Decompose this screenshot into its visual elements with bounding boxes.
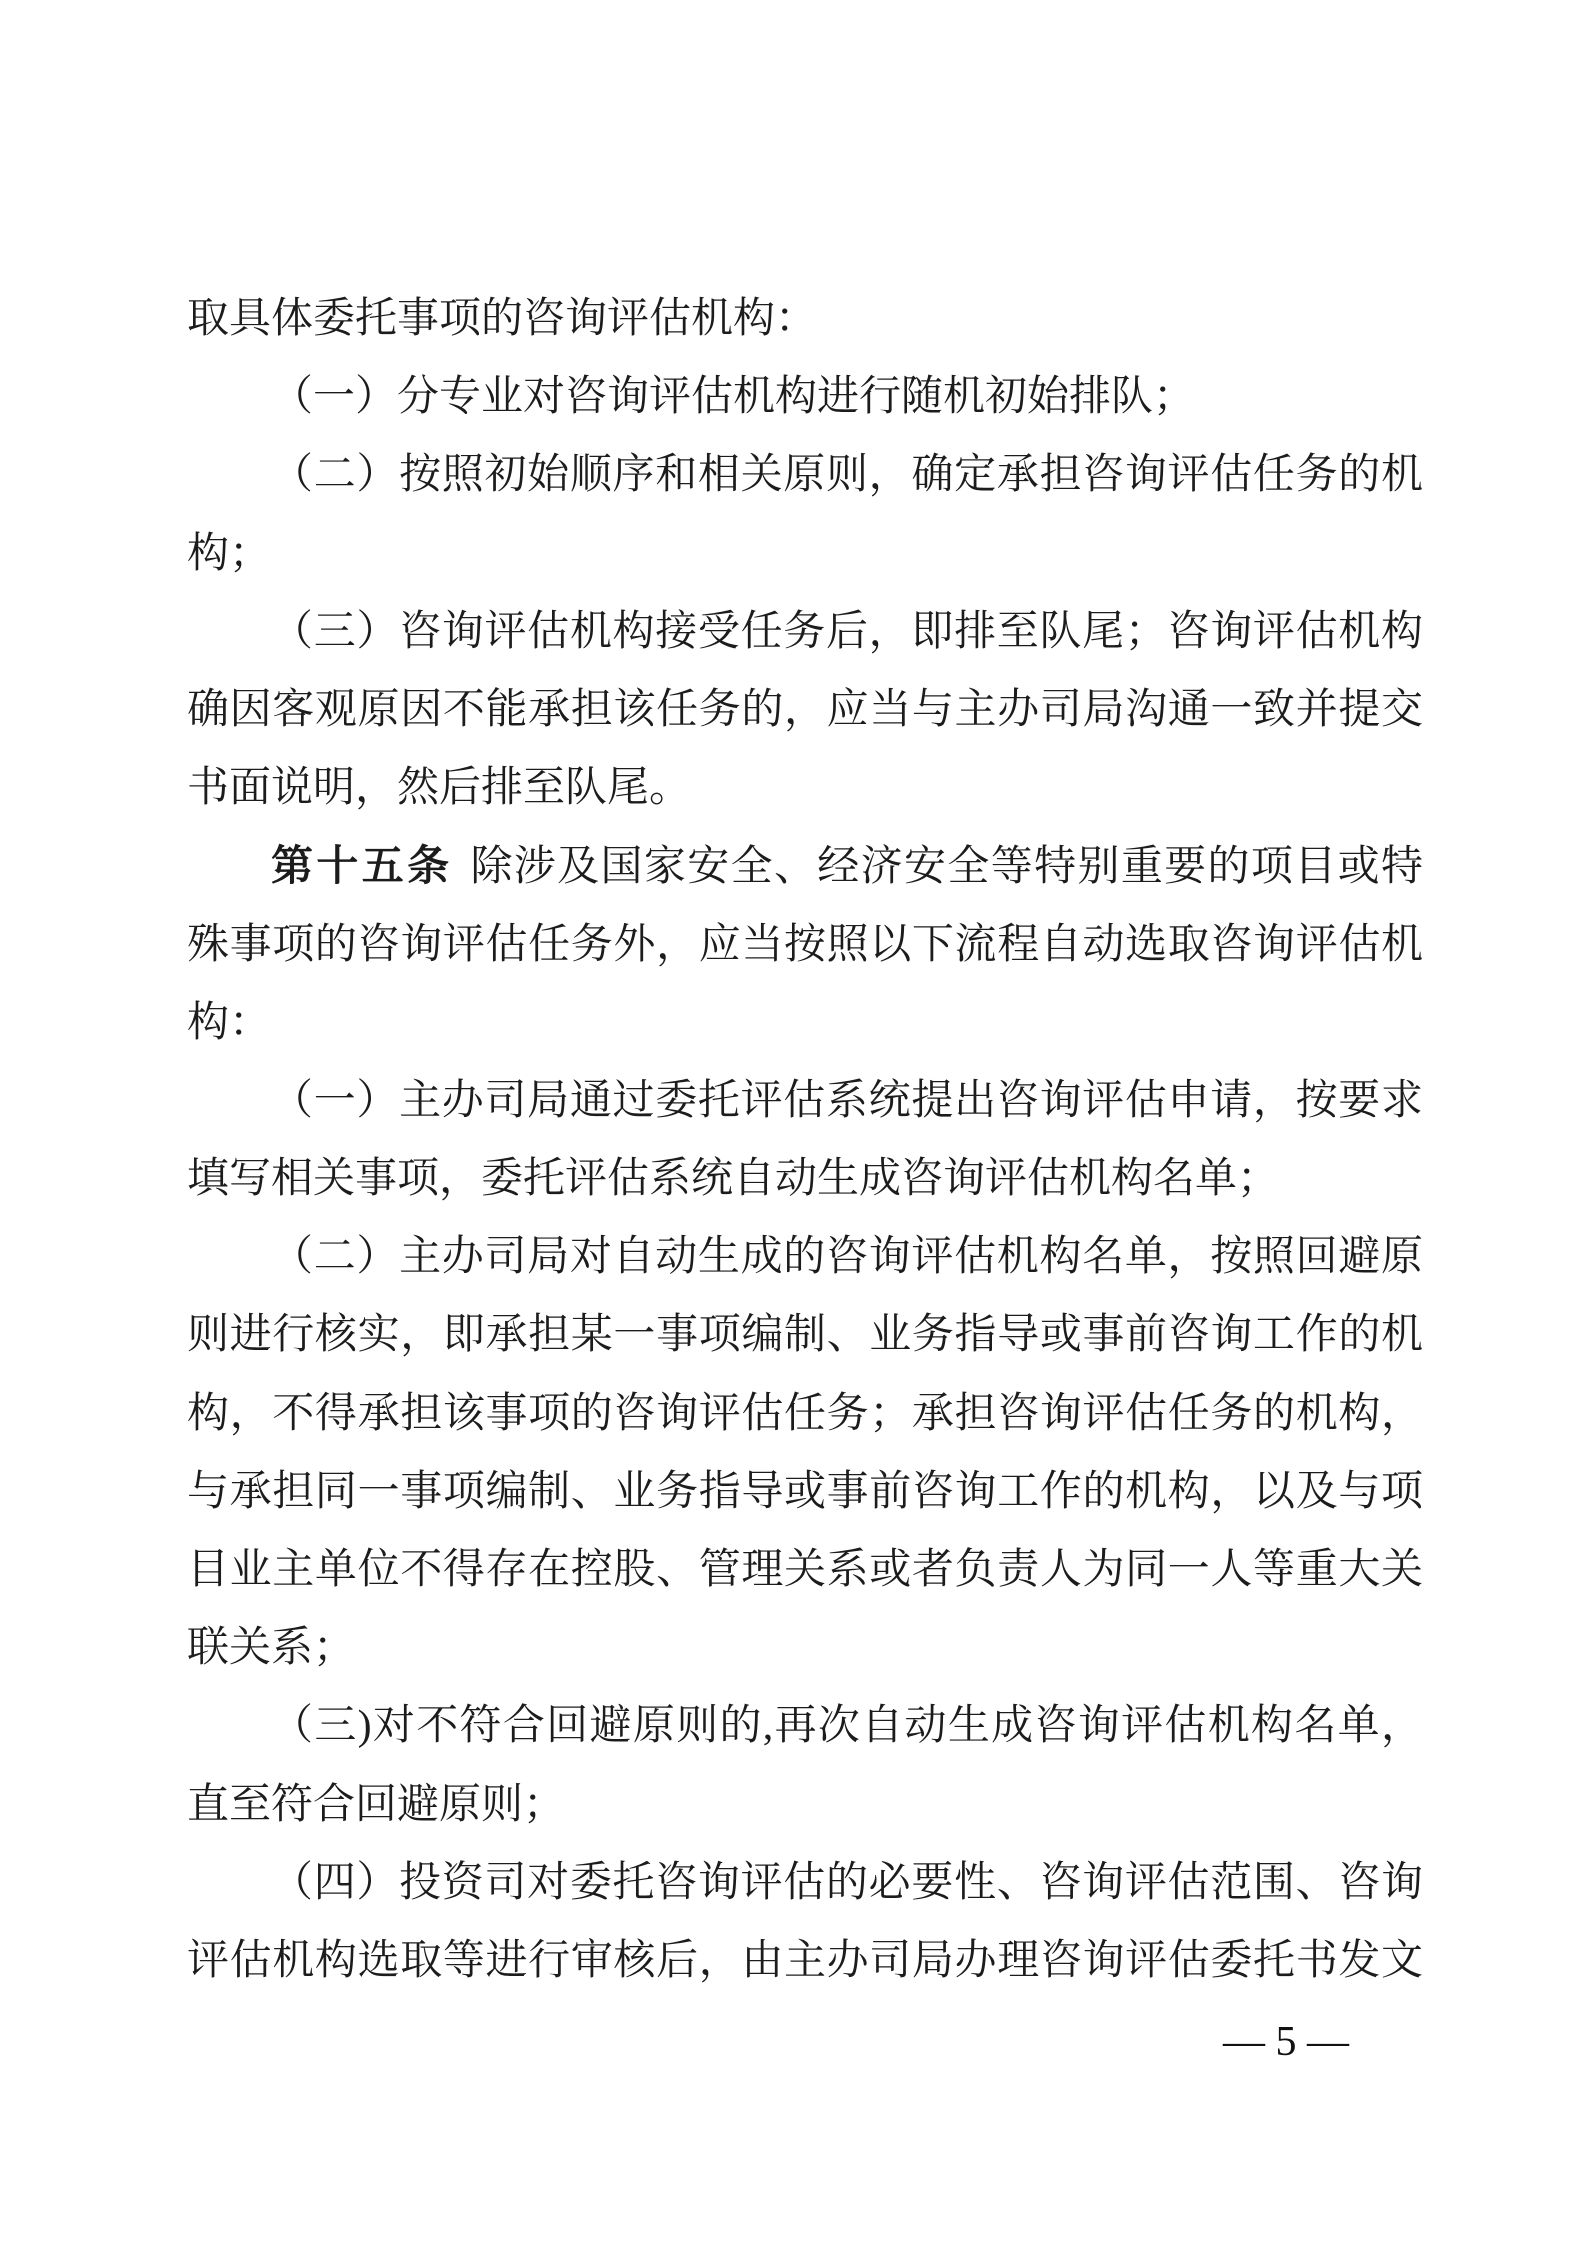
article-15-heading: 第十五条 [271,842,452,889]
text-line: 构，不得承担该事项的咨询评估任务；承担咨询评估任务的机构， [187,1375,1423,1453]
text-line: 构； [187,515,1423,593]
text-line: 与承担同一事项编制、业务指导或事前咨询工作的机构，以及与项 [187,1453,1423,1531]
text-line: （三）咨询评估机构接受任务后，即排至队尾；咨询评估机构 [187,593,1423,671]
text-line: 则进行核实，即承担某一事项编制、业务指导或事前咨询工作的机 [187,1296,1423,1374]
text-line: 评估机构选取等进行审核后，由主办司局办理咨询评估委托书发文 [187,1922,1423,2000]
text-line: （一）分专业对咨询评估机构进行随机初始排队； [187,358,1423,436]
text-line-article-15: 第十五条除涉及国家安全、经济安全等特别重要的项目或特 [187,827,1423,905]
text-line: 书面说明，然后排至队尾。 [187,749,1423,827]
text-line: （三)对不符合回避原则的,再次自动生成咨询评估机构名单， [187,1687,1423,1765]
text-line: 确因客观原因不能承担该任务的，应当与主办司局沟通一致并提交 [187,671,1423,749]
text-line: （四）投资司对委托咨询评估的必要性、咨询评估范围、咨询 [187,1844,1423,1922]
text-line: 目业主单位不得存在控股、管理关系或者负责人为同一人等重大关 [187,1531,1423,1609]
page-number: — 5 — [1223,2018,1349,2066]
text-line: 构： [187,984,1423,1062]
document-page: 取具体委托事项的咨询评估机构： （一）分专业对咨询评估机构进行随机初始排队； （… [0,0,1587,2245]
text-line: （二）按照初始顺序和相关原则，确定承担咨询评估任务的机 [187,436,1423,514]
document-body: 取具体委托事项的咨询评估机构： （一）分专业对咨询评估机构进行随机初始排队； （… [187,280,1423,2000]
text-line: 直至符合回避原则； [187,1766,1423,1844]
text-line: 联关系； [187,1609,1423,1687]
text-line: 殊事项的咨询评估任务外，应当按照以下流程自动选取咨询评估机 [187,906,1423,984]
text-line: （一）主办司局通过委托评估系统提出咨询评估申请，按要求 [187,1062,1423,1140]
text-line: 填写相关事项，委托评估系统自动生成咨询评估机构名单； [187,1140,1423,1218]
text-line: （二）主办司局对自动生成的咨询评估机构名单，按照回避原 [187,1218,1423,1296]
article-15-text: 除涉及国家安全、经济安全等特别重要的项目或特 [470,844,1423,890]
text-line: 取具体委托事项的咨询评估机构： [187,280,1423,358]
